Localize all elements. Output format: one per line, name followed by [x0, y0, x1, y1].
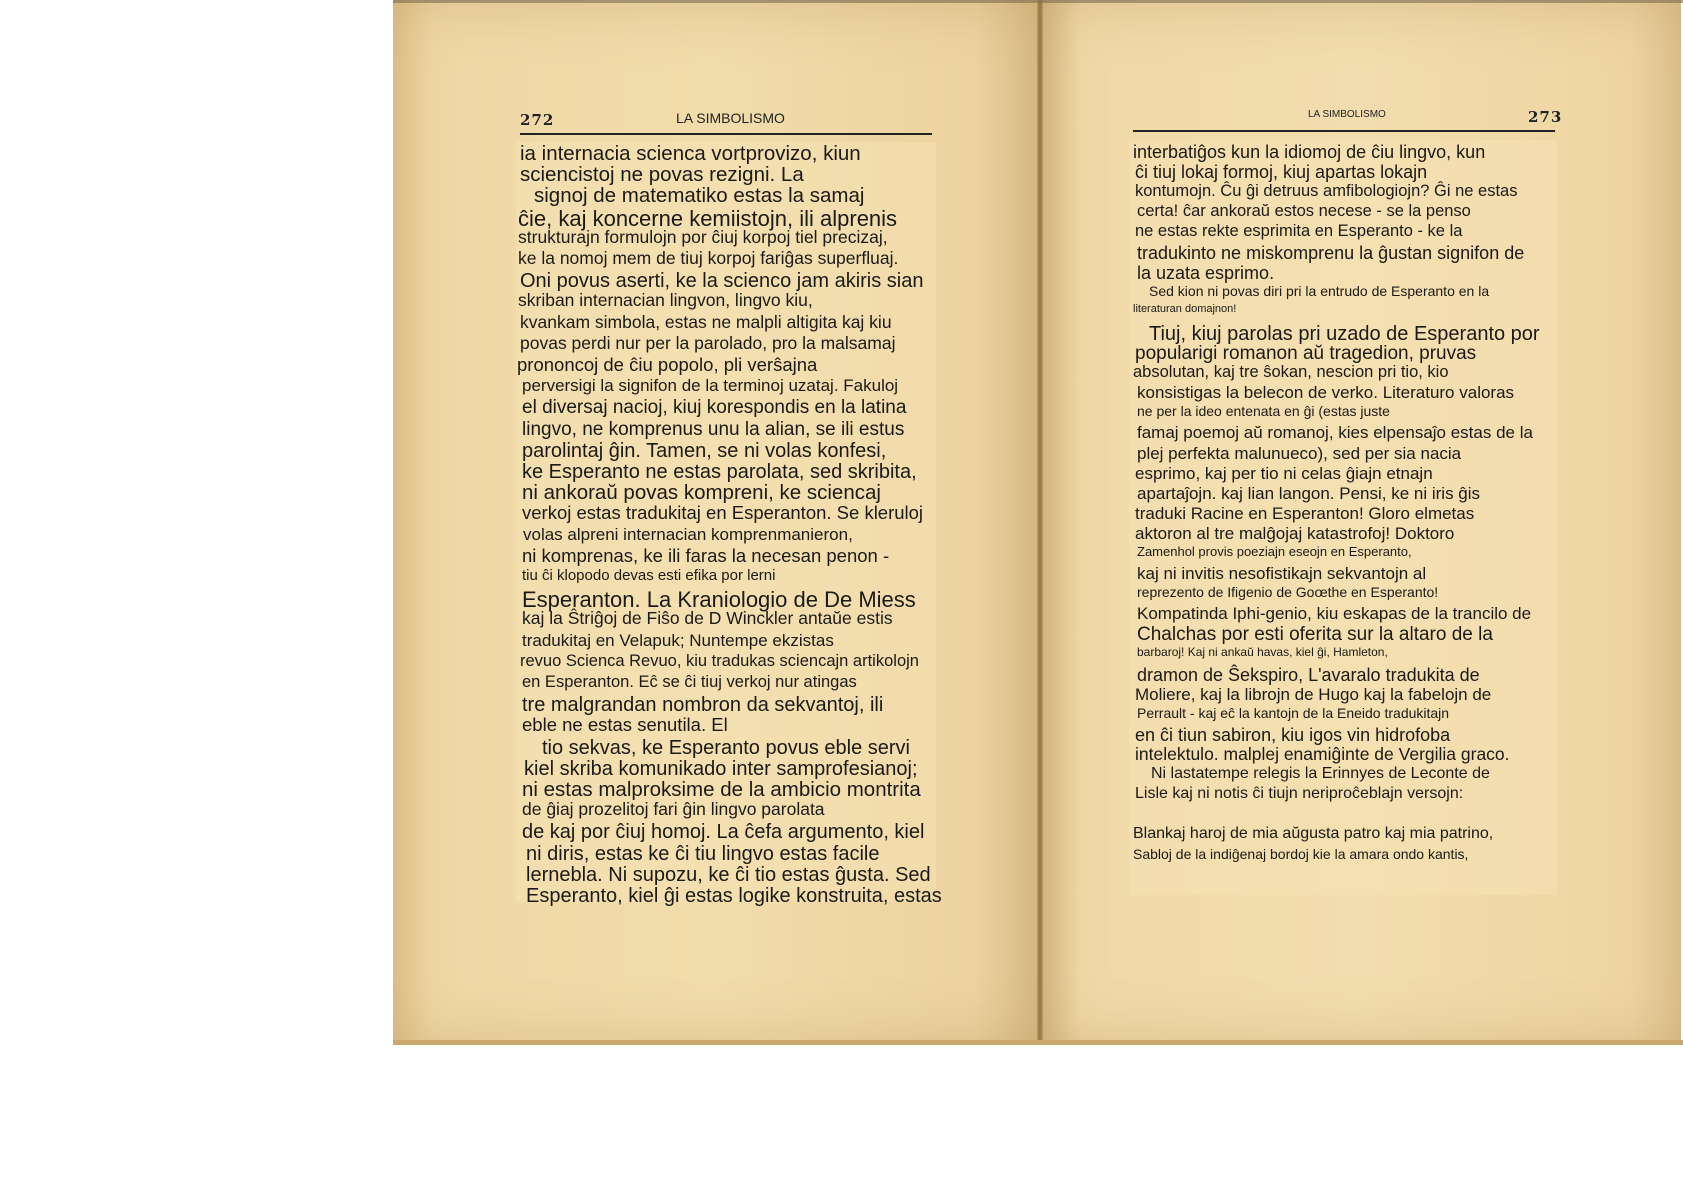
page-bottom-edge: [393, 1040, 1683, 1045]
text-line: kaj la Ŝtriĝoj de Fiŝo de D Winckler ant…: [522, 610, 893, 628]
text-line: Chalchas por esti oferita sur la altaro …: [1137, 625, 1493, 644]
page-top-edge: [393, 0, 1683, 3]
text-line: eble ne estas senutila. El: [522, 716, 728, 735]
text-line: revuo Scienca Revuo, kiu tradukas scienc…: [520, 653, 919, 670]
text-line: Oni povus aserti, ke la scienco jam akir…: [520, 271, 924, 291]
text-line: apartaĵojn. kaj lian langon. Pensi, ke n…: [1137, 485, 1480, 502]
text-line: Esperanto, kiel ĝi estas logike konstrui…: [526, 886, 942, 906]
text-line: traduki Racine en Esperanton! Gloro elme…: [1135, 505, 1474, 522]
text-line: Zamenhol provis poeziajn eseojn en Esper…: [1137, 545, 1412, 558]
text-line: konsistigas la belecon de verko. Literat…: [1137, 384, 1514, 401]
text-line: ni estas malproksime de la ambicio montr…: [522, 780, 921, 801]
text-line: certa! ĉar ankoraŭ estos necese - se la …: [1137, 203, 1471, 220]
text-line: Blankaj haroj de mia aŭgusta patro kaj m…: [1133, 826, 1493, 842]
text-line: ni diris, estas ke ĉi tiu lingvo estas f…: [526, 844, 880, 864]
text-line: Kompatinda Iphi-genio, kiu eskapas de la…: [1137, 605, 1531, 622]
text-line: Perrault - kaj eĉ la kantojn de la Eneid…: [1137, 706, 1449, 720]
text-line: dramon de Ŝekspiro, L'avaralo tradukita …: [1137, 666, 1480, 684]
text-line: aktoron al tre malĝojaj katastrofoj! Dok…: [1135, 525, 1454, 542]
text-line: Tiuj, kiuj parolas pri uzado de Esperant…: [1149, 324, 1540, 344]
text-line: el diversaj nacioj, kiuj korespondis en …: [522, 398, 906, 417]
text-line: tio sekvas, ke Esperanto povus eble serv…: [542, 738, 910, 758]
text-line: interbatiĝos kun la idiomoj de ĉiu lingv…: [1133, 143, 1485, 161]
text-line: en ĉi tiun sabiron, kiu igos vin hidrofo…: [1135, 726, 1450, 744]
text-line: tradukitaj en Velapuk; Nuntempe ekzistas: [522, 632, 834, 649]
text-line: ĉi tiuj lokaj formoj, kiuj apartas lokaj…: [1135, 163, 1427, 181]
text-line: kvankam simbola, estas ne malpli altigit…: [520, 314, 892, 332]
page-number-right: 273: [1528, 108, 1562, 126]
text-line: tiu ĉi klopodo devas esti efika por lern…: [522, 568, 775, 583]
text-line: famaj poemoj aŭ romanoj, kies elpensaĵo …: [1137, 424, 1533, 441]
running-head-right: LA SIMBOLISMO: [1308, 109, 1386, 120]
text-line: intelektulo. malplej enamiĝinte de Vergi…: [1135, 746, 1510, 764]
text-line: kiel skriba komunikado inter samprofesia…: [524, 759, 918, 779]
text-line: Sed kion ni povas diri pri la entrudo de…: [1149, 284, 1489, 298]
text-line: tradukinto ne miskomprenu la ĝustan sign…: [1137, 244, 1524, 262]
text-line: lernebla. Ni supozu, ke ĉi tio estas ĝus…: [526, 865, 931, 885]
text-line: skriban internacian lingvon, lingvo kiu,: [518, 292, 813, 310]
text-line: la uzata esprimo.: [1137, 264, 1274, 282]
text-line: reprezento de Ifigenio de Goœthe en Espe…: [1137, 585, 1438, 599]
text-line: esprimo, kaj per tio ni celas ĝiajn etna…: [1135, 465, 1433, 482]
text-line: kontumojn. Ĉu ĝi detruus amfibologiojn? …: [1135, 183, 1517, 200]
text-line: perversigi la signifon de la terminoj uz…: [522, 377, 898, 394]
text-line: parolintaj ĝin. Tamen, se ni volas konfe…: [522, 441, 886, 461]
page-number-left: 272: [520, 111, 554, 129]
text-line: sciencistoj ne povas rezigni. La: [520, 165, 804, 186]
text-line: en Esperanton. Eĉ se ĉi tiuj verkoj nur …: [522, 674, 857, 691]
text-line: barbaroj! Kaj ni ankaŭ havas, kiel ĝi, H…: [1137, 646, 1388, 658]
header-rule-right: [1133, 130, 1555, 132]
text-line: ke Esperanto ne estas parolata, sed skri…: [522, 462, 917, 482]
text-line: ne per la ideo entenata en ĝi (estas jus…: [1137, 404, 1390, 418]
text-line: verkoj estas tradukitaj en Esperanton. S…: [522, 504, 923, 523]
text-line: Ni lastatempe relegis la Erinnyes de Lec…: [1151, 766, 1490, 782]
text-line: ne estas rekte esprimita en Esperanto - …: [1135, 223, 1462, 240]
text-line: kaj ni invitis nesofistikajn sekvantojn …: [1137, 565, 1426, 582]
text-line: tre malgrandan nombron da sekvantoj, ili: [522, 695, 883, 715]
running-head-left: LA SIMBOLISMO: [676, 110, 785, 126]
text-line: strukturajn formulojn por ĉiuj korpoj ti…: [518, 229, 888, 247]
text-line: signoj de matematiko estas la samaj: [534, 186, 864, 207]
text-line: ke la nomoj mem de tiuj korpoj fariĝas s…: [518, 250, 898, 268]
text-line: volas alpreni internacian komprenmaniero…: [523, 526, 853, 543]
text-line: popularigi romanon aŭ tragedion, pruvas: [1135, 344, 1476, 363]
text-line: prononcoj de ĉiu popolo, pli verŝajna: [517, 356, 817, 375]
text-line: Sabloj de la indiĝenaj bordoj kie la ama…: [1133, 847, 1468, 861]
text-line: povas perdi nur per la parolado, pro la …: [520, 335, 895, 353]
text-line: Lisle kaj ni notis ĉi tiujn neriproĉebla…: [1135, 786, 1463, 802]
text-line: Moliere, kaj la librojn de Hugo kaj la f…: [1135, 686, 1491, 703]
text-line: absolutan, kaj tre ŝokan, nescion pri ti…: [1133, 364, 1449, 381]
text-line: de ĝiaj prozelitoj fari ĝin lingvo parol…: [522, 801, 825, 819]
text-line: plej perfekta malunueco), sed per sia na…: [1137, 445, 1461, 462]
header-rule-left: [520, 133, 932, 135]
text-line: lingvo, ne komprenus unu la alian, se il…: [522, 420, 904, 439]
text-line: de kaj por ĉiuj homoj. La ĉefa argumento…: [522, 822, 924, 842]
text-line: ni komprenas, ke ili faras la necesan pe…: [522, 547, 889, 566]
text-line: ni ankoraŭ povas kompreni, ke sciencaj: [522, 483, 881, 504]
text-line: literaturan domajnon!: [1133, 304, 1236, 315]
book-gutter: [1037, 0, 1043, 1045]
text-line: ia internacia scienca vortprovizo, kiun: [520, 144, 861, 165]
